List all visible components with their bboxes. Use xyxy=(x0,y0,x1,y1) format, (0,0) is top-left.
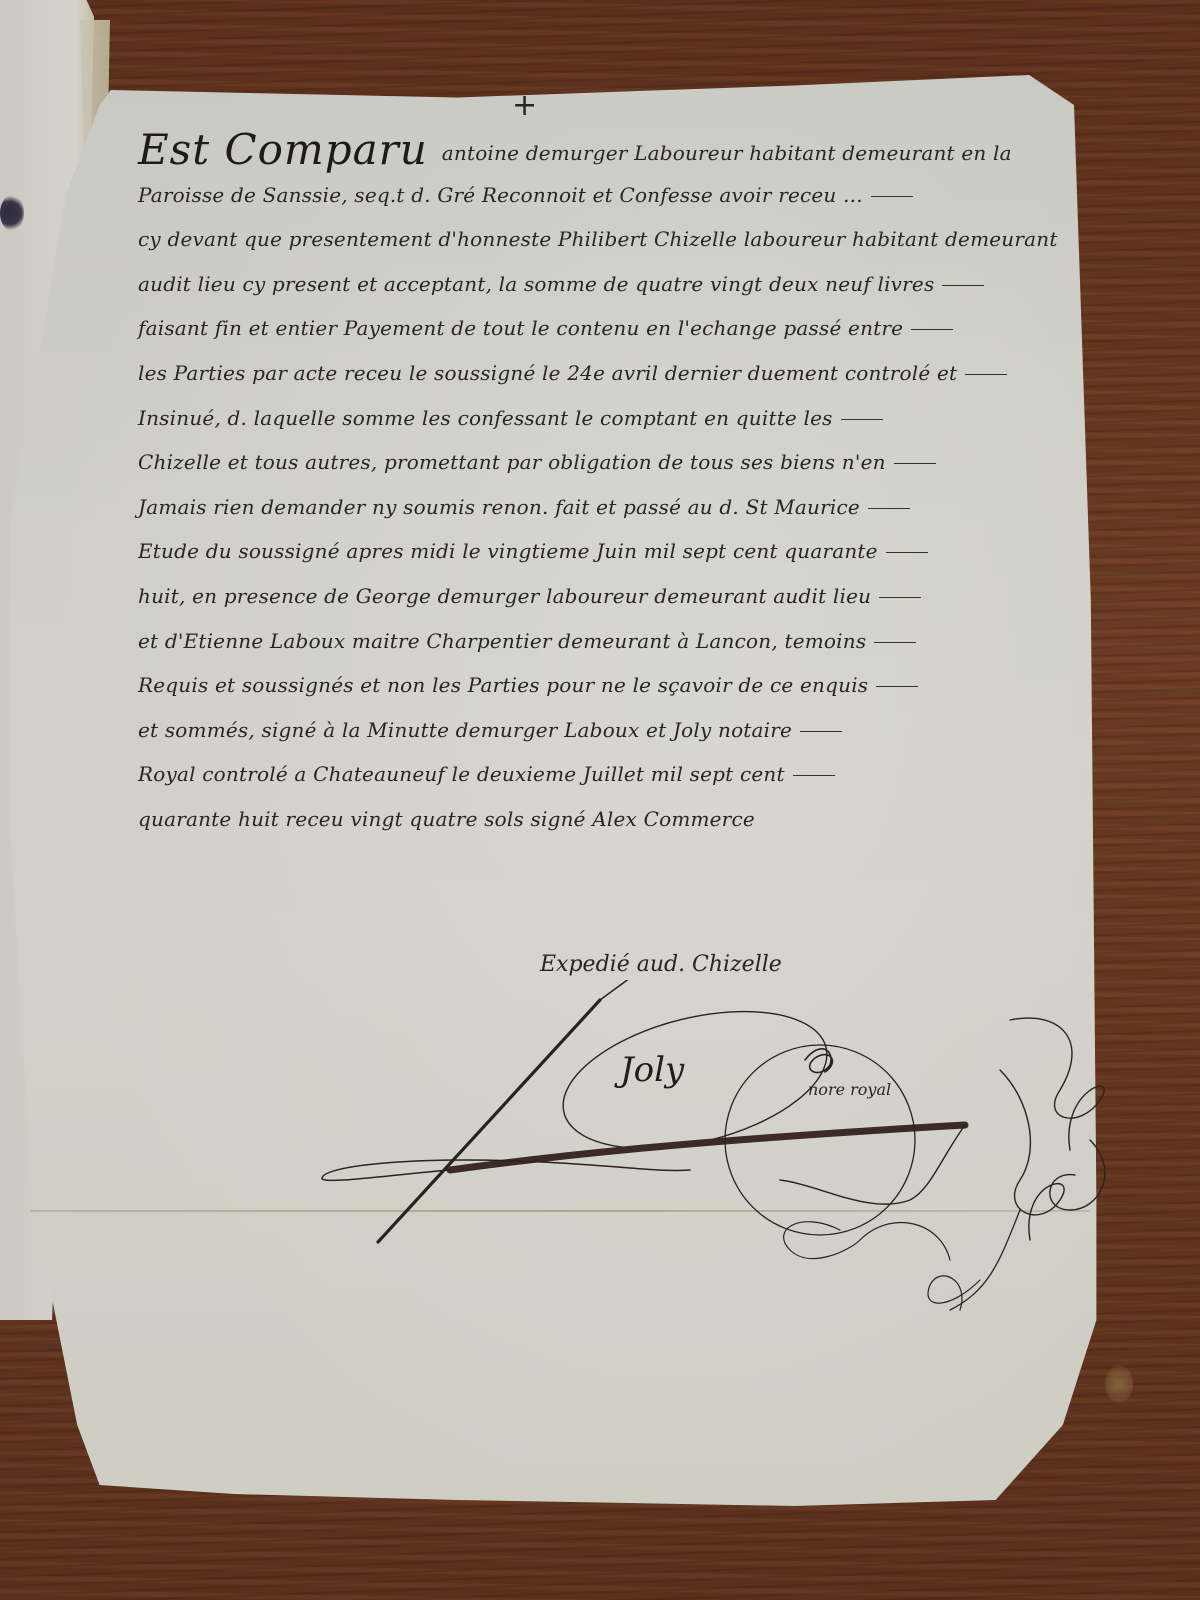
line-text: huit, en presence de George demurger lab… xyxy=(138,584,871,608)
line-text: audit lieu cy present et acceptant, la s… xyxy=(138,272,934,296)
document-heading: Est Comparu xyxy=(138,125,428,174)
signature-title: nore royal xyxy=(808,1080,891,1099)
text-line-1: Est Comparuantoine demurger Laboureur ha… xyxy=(138,128,1098,173)
text-line-7: Insinué, d. laquelle somme les confessan… xyxy=(138,396,1098,441)
text-line-3: cy devant que presentement d'honneste Ph… xyxy=(138,217,1098,262)
line-filler-dash xyxy=(800,731,842,732)
signature-name: Joly xyxy=(620,1050,684,1090)
text-line-6: les Parties par acte receu le soussigné … xyxy=(138,351,1098,396)
line-text: Paroisse de Sanssie, seq.t d. Gré Reconn… xyxy=(138,183,863,207)
line-filler-dash xyxy=(876,686,918,687)
line-filler-dash xyxy=(868,508,910,509)
line-text: Requis et soussignés et non les Parties … xyxy=(138,673,868,697)
line-text: quarante huit receu vingt quatre sols si… xyxy=(138,807,755,831)
text-line-11: huit, en presence de George demurger lab… xyxy=(138,574,1098,619)
text-line-9: Jamais rien demander ny soumis renon. fa… xyxy=(138,485,1098,530)
text-line-14: et sommés, signé à la Minutte demurger L… xyxy=(138,708,1098,753)
line-text: faisant fin et entier Payement de tout l… xyxy=(138,316,903,340)
text-line-2: Paroisse de Sanssie, seq.t d. Gré Reconn… xyxy=(138,173,1098,218)
text-line-4: audit lieu cy present et acceptant, la s… xyxy=(138,262,1098,307)
line-text: Insinué, d. laquelle somme les confessan… xyxy=(138,406,833,430)
line-text: les Parties par acte receu le soussigné … xyxy=(138,361,957,385)
line-text: Etude du soussigné apres midi le vingtie… xyxy=(138,539,878,563)
line-text: et d'Etienne Laboux maitre Charpentier d… xyxy=(138,629,866,653)
document-body: Est Comparuantoine demurger Laboureur ha… xyxy=(138,128,1098,842)
line-filler-dash xyxy=(894,463,936,464)
line-text: Chizelle et tous autres, promettant par … xyxy=(138,450,886,474)
line-filler-dash xyxy=(793,775,835,776)
text-line-15: Royal controlé a Chateauneuf le deuxieme… xyxy=(138,752,1098,797)
line-filler-dash xyxy=(911,329,953,330)
line-text: cy devant que presentement d'honneste Ph… xyxy=(138,227,1058,251)
line-filler-dash xyxy=(841,419,883,420)
line-filler-dash xyxy=(965,374,1007,375)
line-text: antoine demurger Laboureur habitant deme… xyxy=(442,141,1012,165)
header-cross-mark: + xyxy=(512,88,537,123)
paper-stain xyxy=(1105,1365,1133,1403)
text-line-12: et d'Etienne Laboux maitre Charpentier d… xyxy=(138,619,1098,664)
line-filler-dash xyxy=(871,196,913,197)
line-text: Royal controlé a Chateauneuf le deuxieme… xyxy=(138,762,785,786)
line-filler-dash xyxy=(942,285,984,286)
line-filler-dash xyxy=(874,642,916,643)
closing-note: Expedié aud. Chizelle xyxy=(540,952,782,977)
text-line-16: quarante huit receu vingt quatre sols si… xyxy=(138,797,1098,842)
line-filler-dash xyxy=(879,597,921,598)
text-line-5: faisant fin et entier Payement de tout l… xyxy=(138,306,1098,351)
text-line-10: Etude du soussigné apres midi le vingtie… xyxy=(138,529,1098,574)
ink-seal-mark-icon xyxy=(0,195,24,231)
line-filler-dash xyxy=(886,552,928,553)
text-line-13: Requis et soussignés et non les Parties … xyxy=(138,663,1098,708)
photo-scene: + Est Comparuantoine demurger Laboureur … xyxy=(0,0,1200,1600)
line-text: et sommés, signé à la Minutte demurger L… xyxy=(138,718,792,742)
line-text: Jamais rien demander ny soumis renon. fa… xyxy=(138,495,860,519)
signature-flourish-icon xyxy=(300,980,1150,1320)
text-line-8: Chizelle et tous autres, promettant par … xyxy=(138,440,1098,485)
